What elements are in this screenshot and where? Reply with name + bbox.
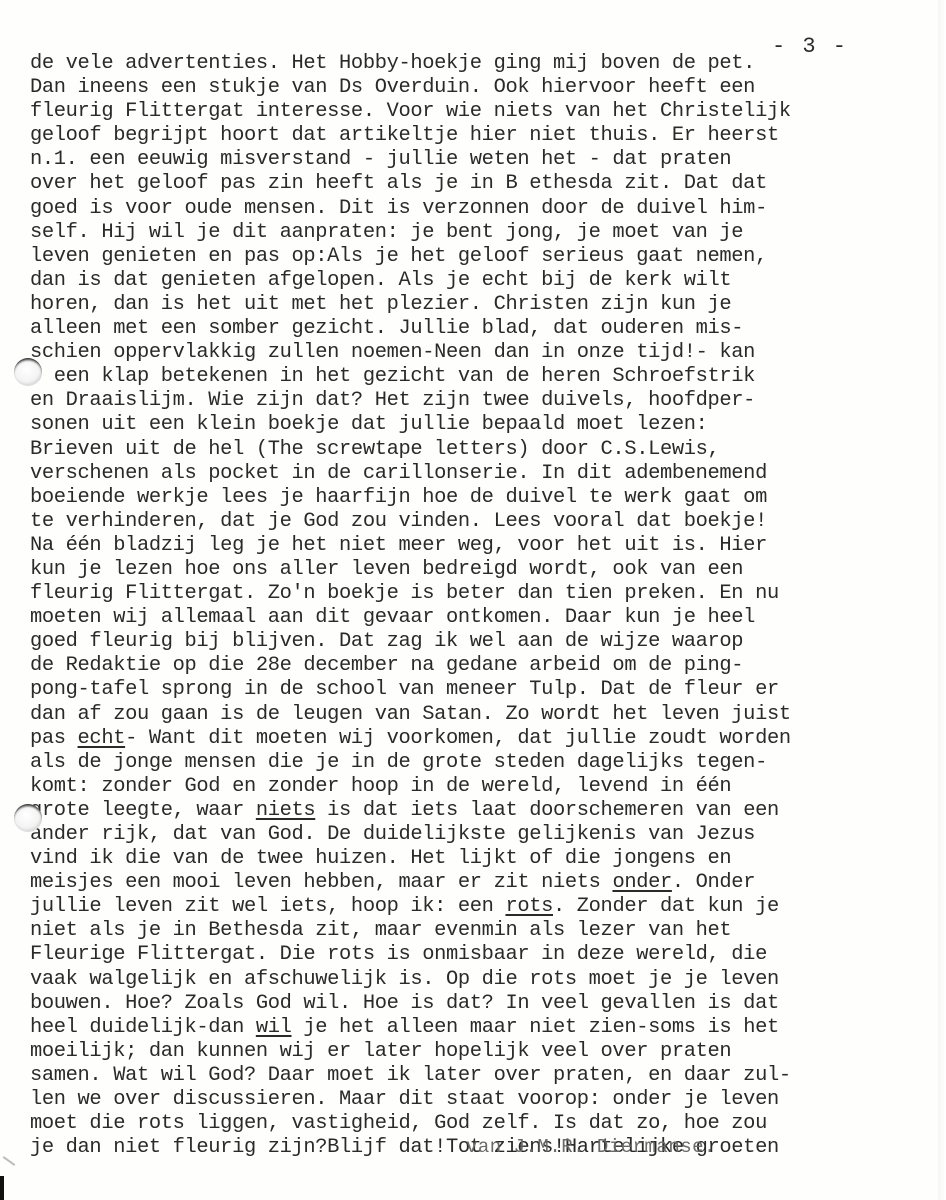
text-line: Brieven uit de hel (The screwtape letter… [30,438,910,462]
document-page: - 3 - de vele advertenties. Het Hobby-ho… [0,0,946,1200]
text-line: schien oppervlakkig zullen noemen-Neen d… [30,341,910,365]
text-line: verschenen als pocket in de carillonseri… [30,462,910,486]
text-line: over het geloof pas zin heeft als je in … [30,172,910,196]
letter-body: de vele advertenties. Het Hobby-hoekje g… [30,52,910,1160]
underlined-word: wil [256,1016,292,1039]
text-line: bouwen. Hoe? Zoals God wil. Hoe is dat? … [30,992,910,1016]
underlined-word: echt [78,727,126,750]
text-line: vaak walgelijk en afschuwelijk is. Op di… [30,968,910,992]
text-line: grote leegte, waar niets is dat iets laa… [30,799,910,823]
text-line: dan af zou gaan is de leugen van Satan. … [30,703,910,727]
text-line: boeiende werkje lees je haarfijn hoe de … [30,486,910,510]
text-line: als de jonge mensen die je in de grote s… [30,751,910,775]
signature: van J.M.R. Diermanse. [466,1136,716,1158]
text-line: komt: zonder God en zonder hoop in de we… [30,775,910,799]
text-line: Fleurige Flittergat. Die rots is onmisba… [30,943,910,967]
paper-edge [938,0,946,1200]
text-line: fleurig Flittergat. Zo'n boekje is beter… [30,582,910,606]
text-line: len we over discussieren. Maar dit staat… [30,1088,910,1112]
text-line: ander rijk, dat van God. De duidelijkste… [30,823,910,847]
text-line: Na één bladzij leg je het niet meer weg,… [30,534,910,558]
underlined-word: onder [612,871,671,894]
text-line: meisjes een mooi leven hebben, maar er z… [30,871,910,895]
punch-hole [14,358,42,386]
text-line: samen. Wat wil God? Daar moet ik later o… [30,1064,910,1088]
text-line: en Draaislijm. Wie zijn dat? Het zijn tw… [30,389,910,413]
text-line: dan is dat genieten afgelopen. Als je ec… [30,269,910,293]
text-line: heel duidelijk-dan wil je het alleen maa… [30,1016,910,1040]
punch-hole [14,804,42,832]
scan-edge-mark [0,1176,4,1200]
text-line: horen, dan is het uit met het plezier. C… [30,293,910,317]
text-line: fleurig Flittergat interesse. Voor wie n… [30,100,910,124]
text-line: pong-tafel sprong in de school van menee… [30,678,910,702]
text-line: goed fleurig bij blijven. Dat zag ik wel… [30,630,910,654]
text-line: Dan ineens een stukje van Ds Overduin. O… [30,76,910,100]
text-line: self. Hij wil je dit aanpraten: je bent … [30,221,910,245]
text-line: de vele advertenties. Het Hobby-hoekje g… [30,52,910,76]
text-line: geloof begrijpt hoort dat artikeltje hie… [30,124,910,148]
underlined-word: rots [505,895,553,918]
text-line: n.1. een eeuwig misverstand - jullie wet… [30,148,910,172]
text-line: niet als je in Bethesda zit, maar evenmi… [30,919,910,943]
text-line: moet die rots liggen, vastigheid, God ze… [30,1112,910,1136]
text-line: jullie leven zit wel iets, hoop ik: een … [30,895,910,919]
text-line: ó een klap betekenen in het gezicht van … [30,365,910,389]
text-line: goed is voor oude mensen. Dit is verzonn… [30,197,910,221]
text-line: leven genieten en pas op:Als je het gelo… [30,245,910,269]
text-line: pas echt- Want dit moeten wij voorkomen,… [30,727,910,751]
text-line: moeten wij allemaal aan dit gevaar ontko… [30,606,910,630]
underlined-word: niets [256,799,315,822]
text-line: te verhinderen, dat je God zou vinden. L… [30,510,910,534]
text-line: moeilijk; dan kunnen wij er later hopeli… [30,1040,910,1064]
text-line: de Redaktie op die 28e december na gedan… [30,654,910,678]
text-line: alleen met een somber gezicht. Jullie bl… [30,317,910,341]
text-line: vind ik die van de twee huizen. Het lijk… [30,847,910,871]
paper-crease [3,1156,16,1166]
text-line: sonen uit een klein boekje dat jullie be… [30,413,910,437]
text-line: kun je lezen hoe ons aller leven bedreig… [30,558,910,582]
